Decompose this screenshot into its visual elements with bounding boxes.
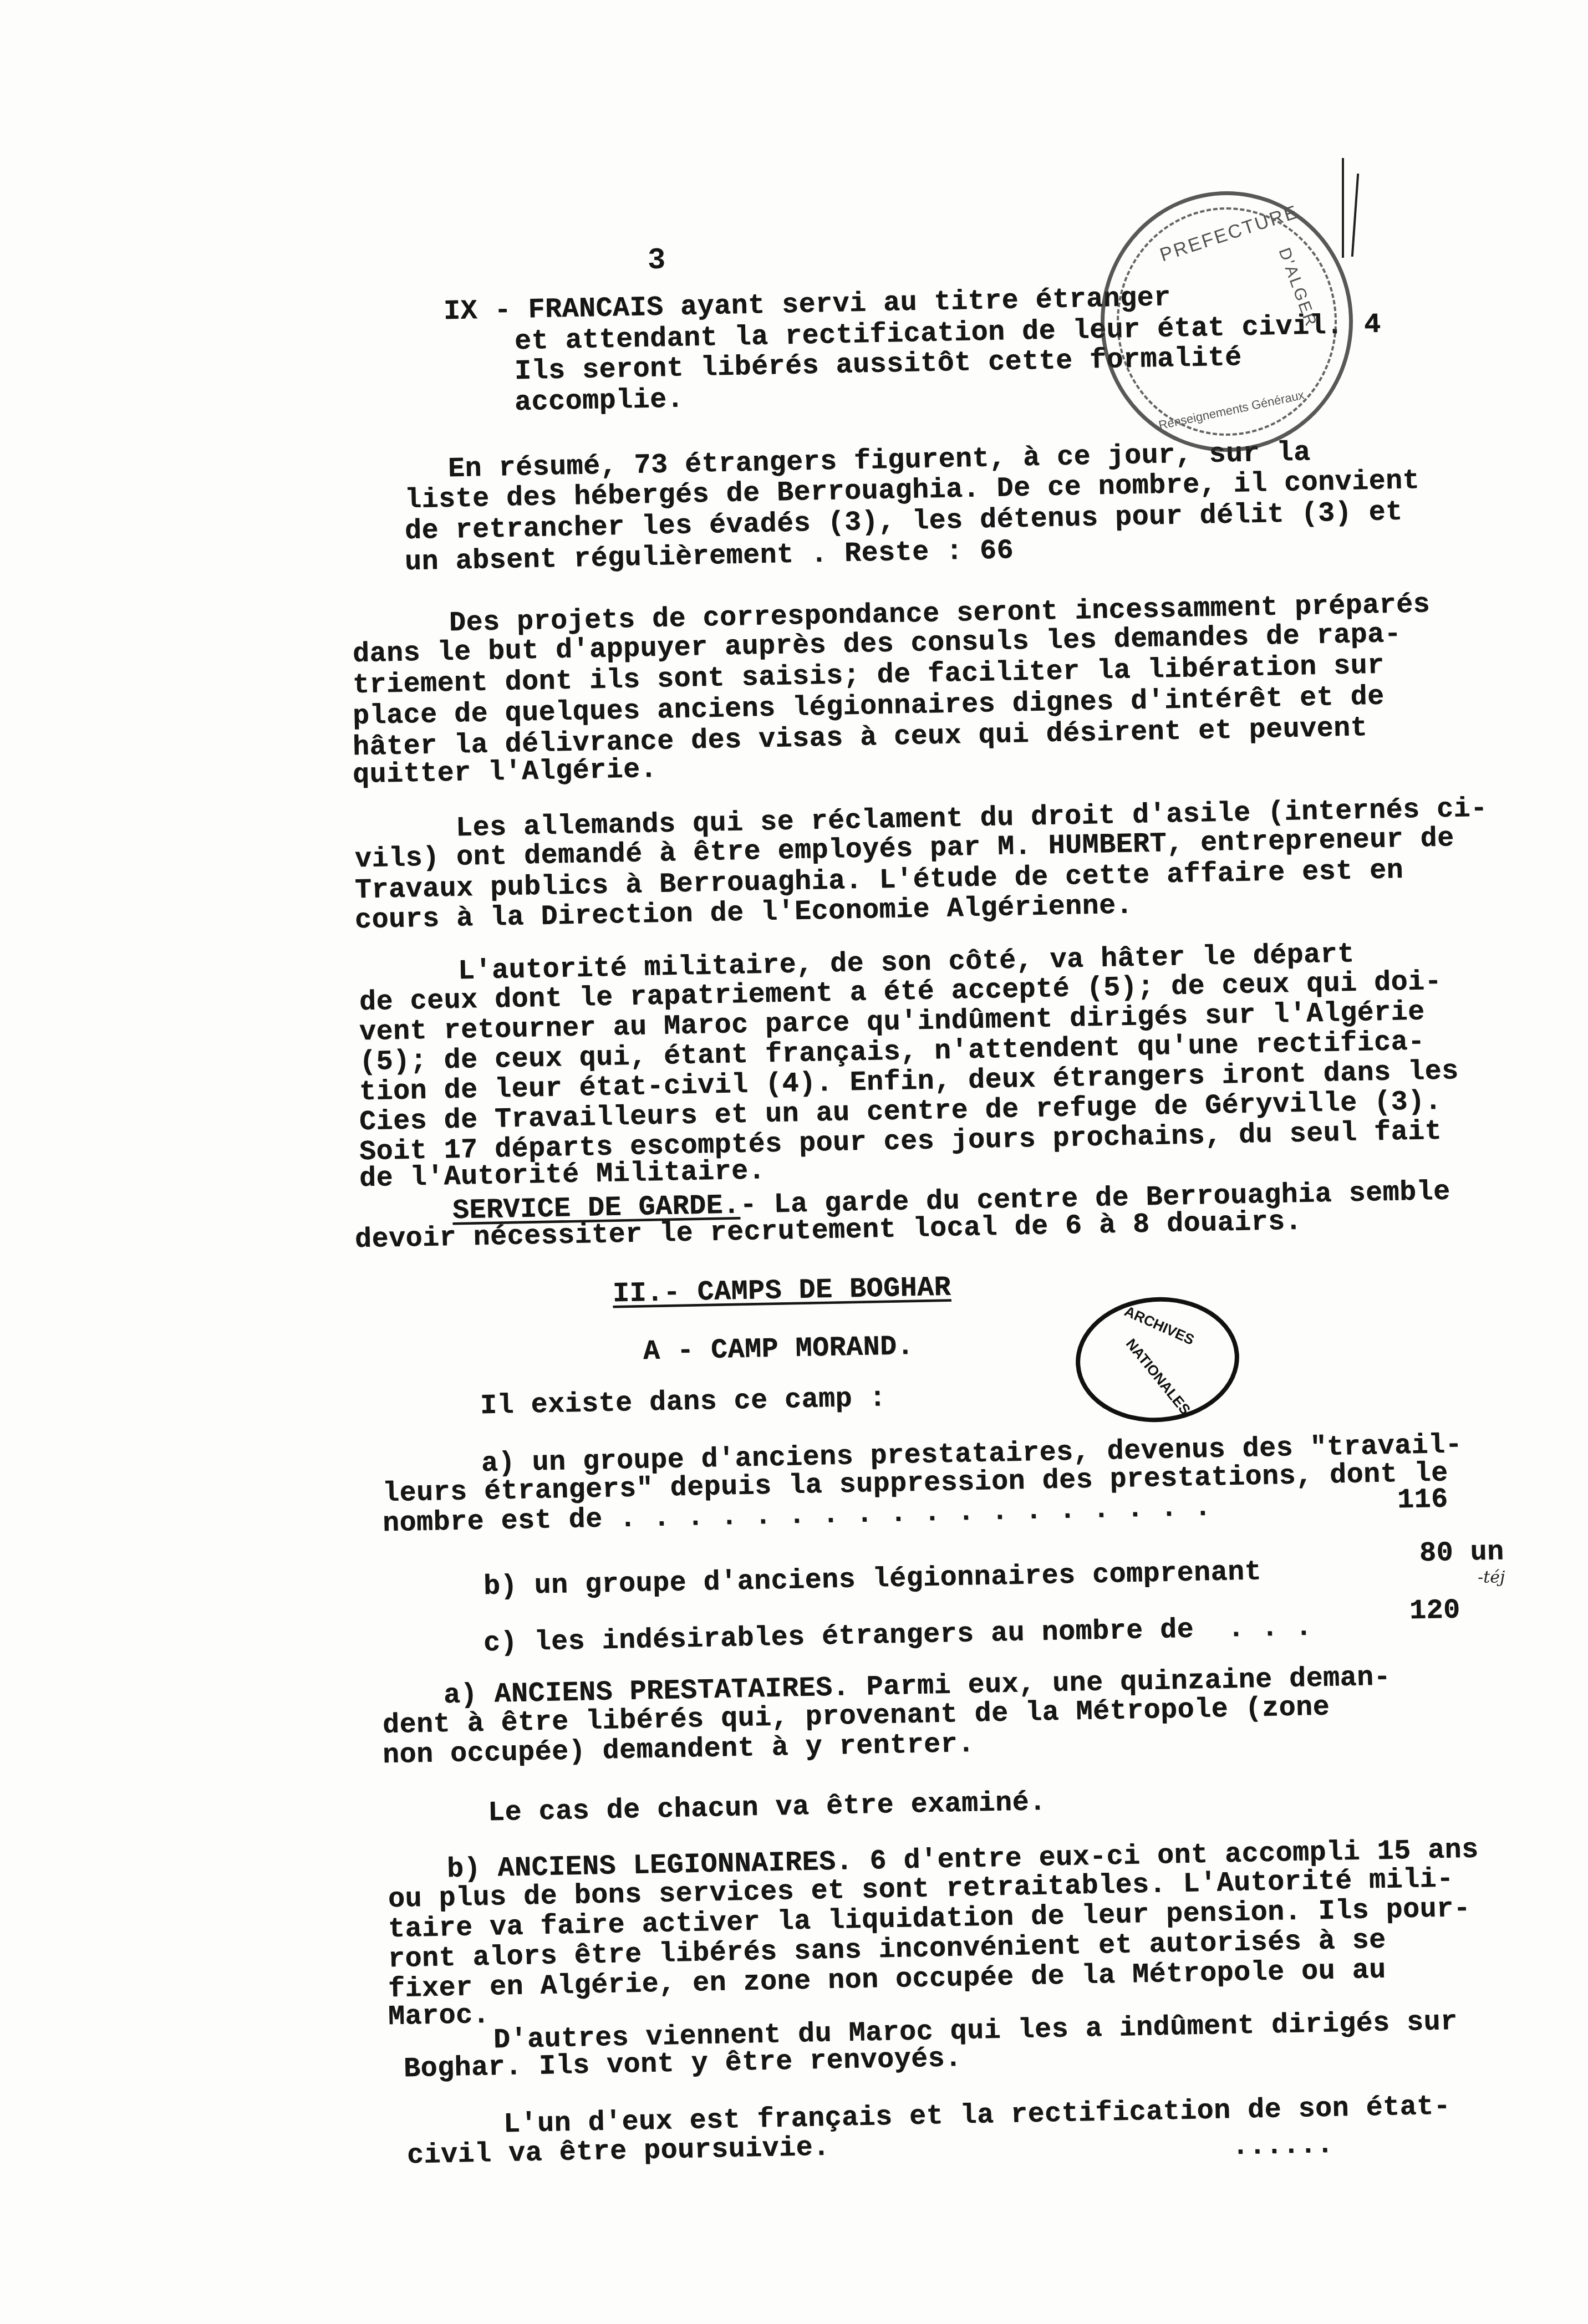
section-ii-heading: II.- CAMPS DE BOGHAR	[612, 1273, 951, 1309]
trailing-dots: ......	[1231, 2130, 1333, 2162]
document-page: 3 IX - FRANCAIS ayant servi au titre étr…	[0, 0, 1588, 2324]
francais-line: civil va être poursuivie.	[406, 2133, 830, 2171]
camp-intro: Il existe dans ce camp :	[480, 1384, 886, 1421]
projets-line: quitter l'Algérie.	[352, 755, 657, 791]
page-number: 3	[648, 244, 665, 278]
item-b-value: 80 un	[1419, 1537, 1504, 1569]
nationales-label: NATIONALES	[1122, 1336, 1194, 1418]
section-ix-count: 4	[1363, 310, 1381, 340]
prefecture-stamp: PREFECTURE D'ALGER Renseignements Généra…	[1101, 191, 1353, 452]
examine-line: Le cas de chacun va être examiné.	[487, 1788, 1046, 1828]
handwritten-note: -téj	[1478, 1568, 1505, 1587]
archives-nationales-stamp: ARCHIVES NATIONALES	[1072, 1292, 1244, 1428]
margin-mark-icon	[1342, 158, 1364, 258]
item-c-value: 120	[1409, 1596, 1460, 1627]
stamp-label-bottom: Renseignements Généraux	[1157, 388, 1305, 432]
camp-morand-heading: A - CAMP MORAND.	[643, 1332, 914, 1367]
autorite-line: de l'Autorité Militaire.	[359, 1156, 765, 1194]
item-a-value: 116	[1397, 1485, 1448, 1516]
item-b-line: b) un groupe d'anciens légionnaires comp…	[483, 1557, 1261, 1602]
stamp-label-right: D'ALGER	[1274, 246, 1320, 330]
item-c-line: c) les indésirables étrangers au nombre …	[483, 1613, 1312, 1659]
stamp-label-top: PREFECTURE	[1157, 201, 1301, 267]
section-ix-line4: accomplie.	[514, 385, 684, 418]
legionnaires-line: Maroc.	[388, 2000, 490, 2032]
autres-line: Boghar. Ils vont y être renvoyés.	[403, 2044, 962, 2085]
